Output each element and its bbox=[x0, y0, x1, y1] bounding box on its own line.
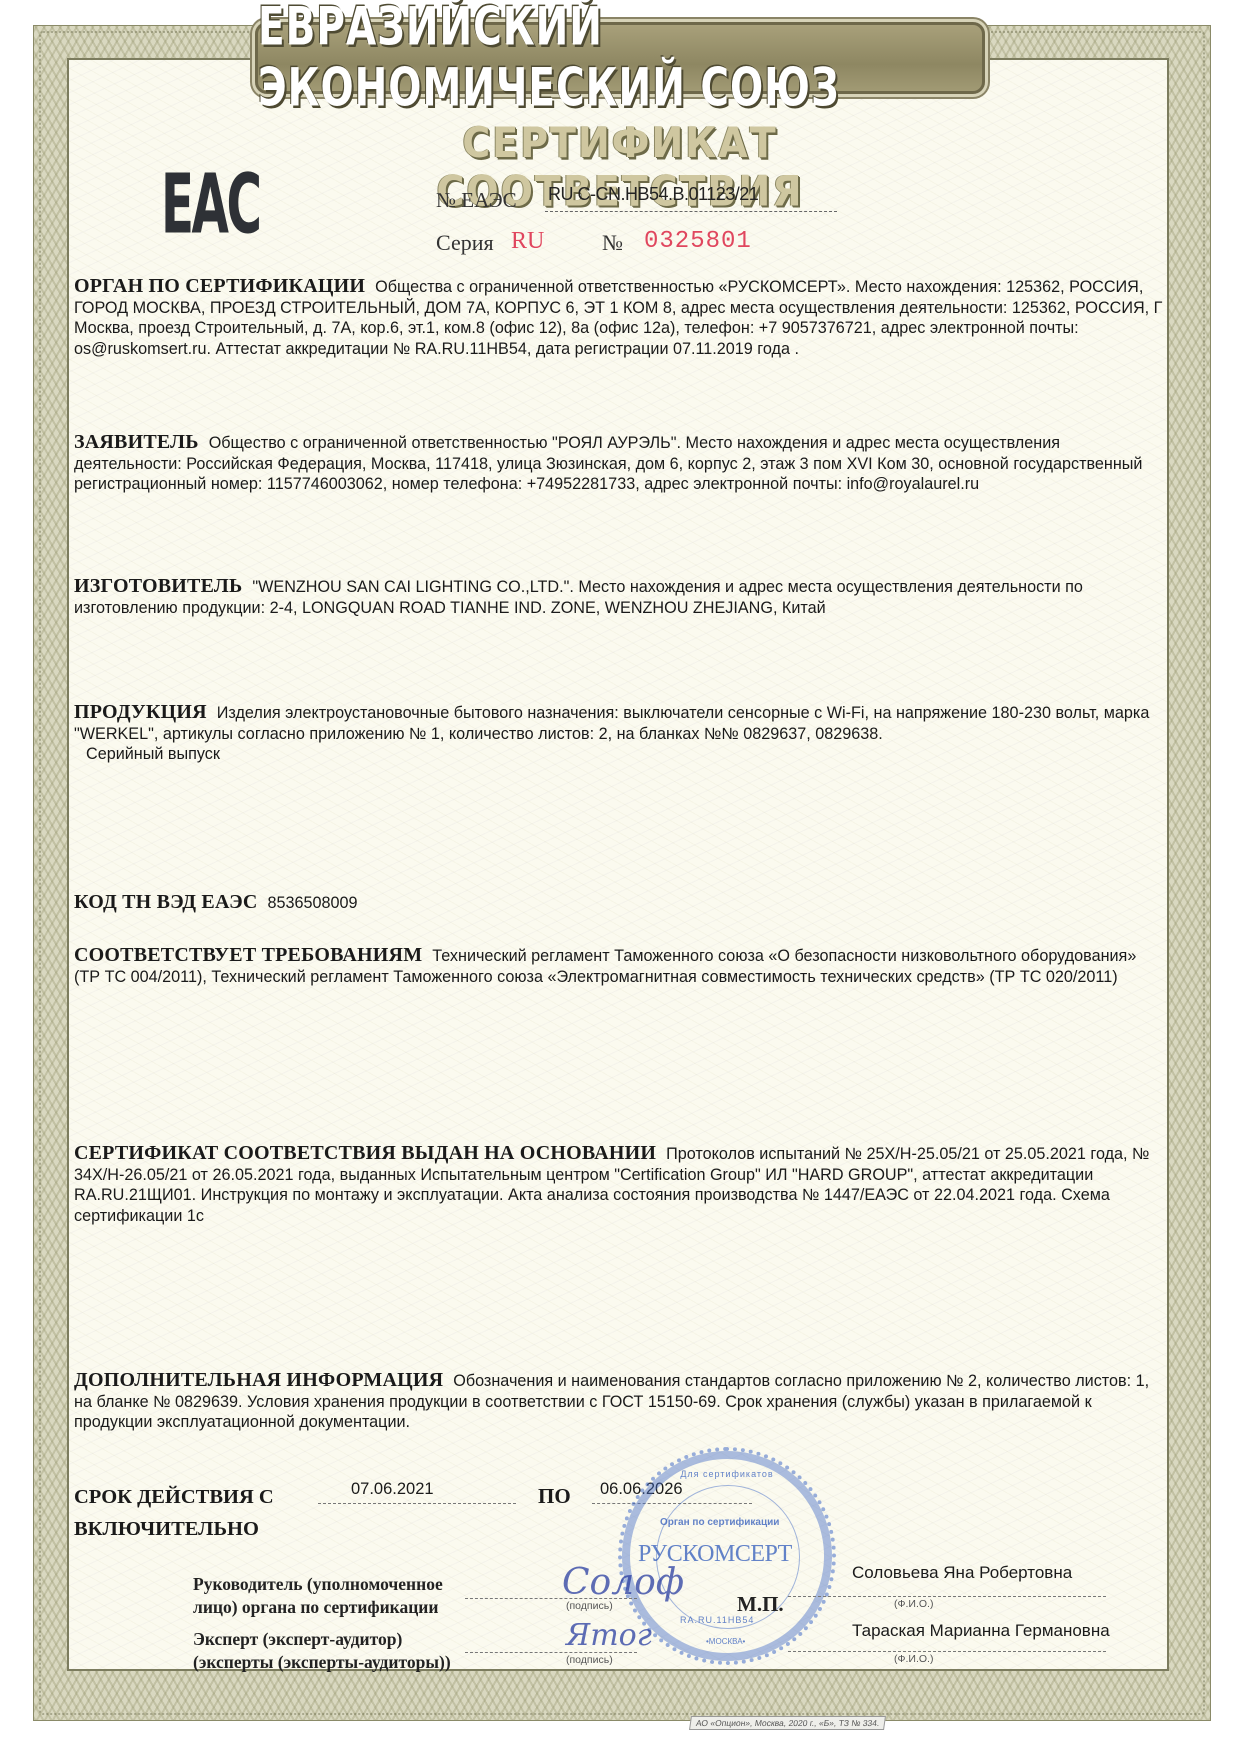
union-banner: ЕВРАЗИЙСКИЙ ЭКОНОМИЧЕСКИЙ СОЮЗ bbox=[255, 22, 985, 94]
registration-underline bbox=[545, 211, 837, 212]
expert-name: Тараская Марианна Германовна bbox=[852, 1621, 1110, 1641]
series-value: RU bbox=[511, 228, 544, 255]
section-heading: СЕРТИФИКАТ СООТВЕТСТВИЯ ВЫДАН НА ОСНОВАН… bbox=[74, 1142, 656, 1164]
section-requirements: СООТВЕТСТВУЕТ ТРЕБОВАНИЯМТехнический рег… bbox=[74, 945, 1164, 987]
section-heading: ЗАЯВИТЕЛЬ bbox=[74, 431, 199, 453]
section-product: ПРОДУКЦИЯИзделия электроустановочные быт… bbox=[74, 702, 1164, 765]
hs-code-value: 8536508009 bbox=[268, 894, 358, 912]
head-signature-scribble: Coлоф bbox=[562, 1562, 684, 1603]
section-text: Изделия электроустановочные бытового наз… bbox=[74, 704, 1149, 743]
seal-inner-top-text: Для сертификатов bbox=[622, 1469, 832, 1479]
section-heading: ОРГАН ПО СЕРТИФИКАЦИИ bbox=[74, 275, 365, 297]
release-type: Серийный выпуск bbox=[74, 744, 1164, 765]
head-label-line-1: Руководитель (уполномоченное bbox=[193, 1573, 443, 1596]
head-label-line-2: лицо) органа по сертификации bbox=[193, 1596, 443, 1619]
section-text: Общество с ограниченной ответственностью… bbox=[74, 434, 1142, 493]
seal-city-text: •МОСКВА• bbox=[706, 1637, 745, 1646]
section-applicant: ЗАЯВИТЕЛЬОбщество с ограниченной ответст… bbox=[74, 432, 1164, 495]
head-name-line bbox=[788, 1596, 1106, 1597]
series-label: Серия bbox=[436, 230, 494, 256]
validity-from-label: СРОК ДЕЙСТВИЯ С bbox=[74, 1481, 274, 1513]
expert-name-hint: (Ф.И.О.) bbox=[894, 1653, 933, 1665]
expert-signature-scribble: Ятог bbox=[566, 1618, 652, 1653]
head-signatory-label: Руководитель (уполномоченное лицо) орган… bbox=[193, 1573, 443, 1619]
head-name-hint: (Ф.И.О.) bbox=[894, 1598, 933, 1610]
blank-number: 0325801 bbox=[644, 228, 752, 255]
section-heading: КОД ТН ВЭД ЕАЭС bbox=[74, 891, 258, 913]
section-additional-info: ДОПОЛНИТЕЛЬНАЯ ИНФОРМАЦИЯОбозначения и н… bbox=[74, 1370, 1164, 1433]
expert-signatory-label: Эксперт (эксперт-аудитор) (эксперты (экс… bbox=[193, 1628, 451, 1674]
validity-to-label: ПО bbox=[538, 1484, 571, 1509]
validity-from-date: 07.06.2021 bbox=[351, 1480, 434, 1499]
seal-place-label: М.П. bbox=[737, 1592, 784, 1617]
expert-signature-hint: (подпись) bbox=[566, 1654, 613, 1666]
section-hs-code: КОД ТН ВЭД ЕАЭС8536508009 bbox=[74, 892, 1164, 914]
blank-number-label: № bbox=[602, 230, 623, 256]
validity-label: СРОК ДЕЙСТВИЯ С ВКЛЮЧИТЕЛЬНО bbox=[74, 1481, 274, 1545]
head-name: Соловьева Яна Робертовна bbox=[852, 1563, 1072, 1583]
section-heading: ДОПОЛНИТЕЛЬНАЯ ИНФОРМАЦИЯ bbox=[74, 1369, 443, 1391]
section-heading: ПРОДУКЦИЯ bbox=[74, 701, 207, 723]
section-heading: СООТВЕТСТВУЕТ ТРЕБОВАНИЯМ bbox=[74, 944, 422, 966]
registration-number: RU C-CN.HB54.B.01123/21 bbox=[548, 184, 758, 205]
eac-logo: EAC bbox=[161, 158, 260, 253]
expert-name-line bbox=[788, 1651, 1106, 1652]
expert-label-line-2: (эксперты (эксперты-аудиторы)) bbox=[193, 1651, 451, 1674]
union-title: ЕВРАЗИЙСКИЙ ЭКОНОМИЧЕСКИЙ СОЮЗ bbox=[258, 0, 982, 119]
expert-label-line-1: Эксперт (эксперт-аудитор) bbox=[193, 1628, 451, 1651]
section-basis: СЕРТИФИКАТ СООТВЕТСТВИЯ ВЫДАН НА ОСНОВАН… bbox=[74, 1143, 1164, 1226]
printer-note: АО «Опцион», Москва, 2020 г., «Б», ТЗ № … bbox=[689, 1716, 886, 1730]
seal-organ-text: Орган по сертификации bbox=[660, 1517, 779, 1528]
section-manufacturer: ИЗГОТОВИТЕЛЬ"WENZHOU SAN CAI LIGHTING CO… bbox=[74, 576, 1164, 618]
validity-from-underline bbox=[318, 1503, 516, 1504]
section-heading: ИЗГОТОВИТЕЛЬ bbox=[74, 575, 242, 597]
validity-inclusive-label: ВКЛЮЧИТЕЛЬНО bbox=[74, 1513, 274, 1545]
registration-label: № ЕАЭС bbox=[436, 188, 517, 213]
section-certification-body: ОРГАН ПО СЕРТИФИКАЦИИОбщества с ограниче… bbox=[74, 276, 1164, 359]
